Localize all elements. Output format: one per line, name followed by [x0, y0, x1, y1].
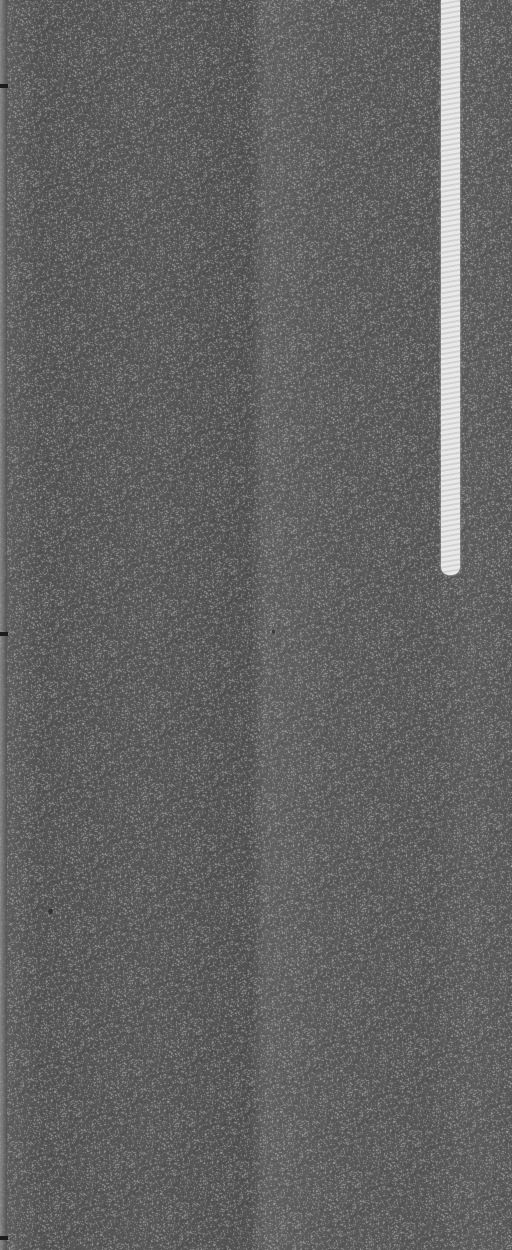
edge-notch [0, 1236, 8, 1240]
edge-notch [0, 632, 8, 636]
edge-notch [0, 84, 8, 88]
road-edge [0, 0, 7, 1250]
stain [48, 909, 53, 914]
stain [272, 630, 275, 634]
road-surface [0, 0, 512, 1250]
lane-marking [441, 0, 460, 575]
asphalt-texture [0, 0, 512, 1250]
